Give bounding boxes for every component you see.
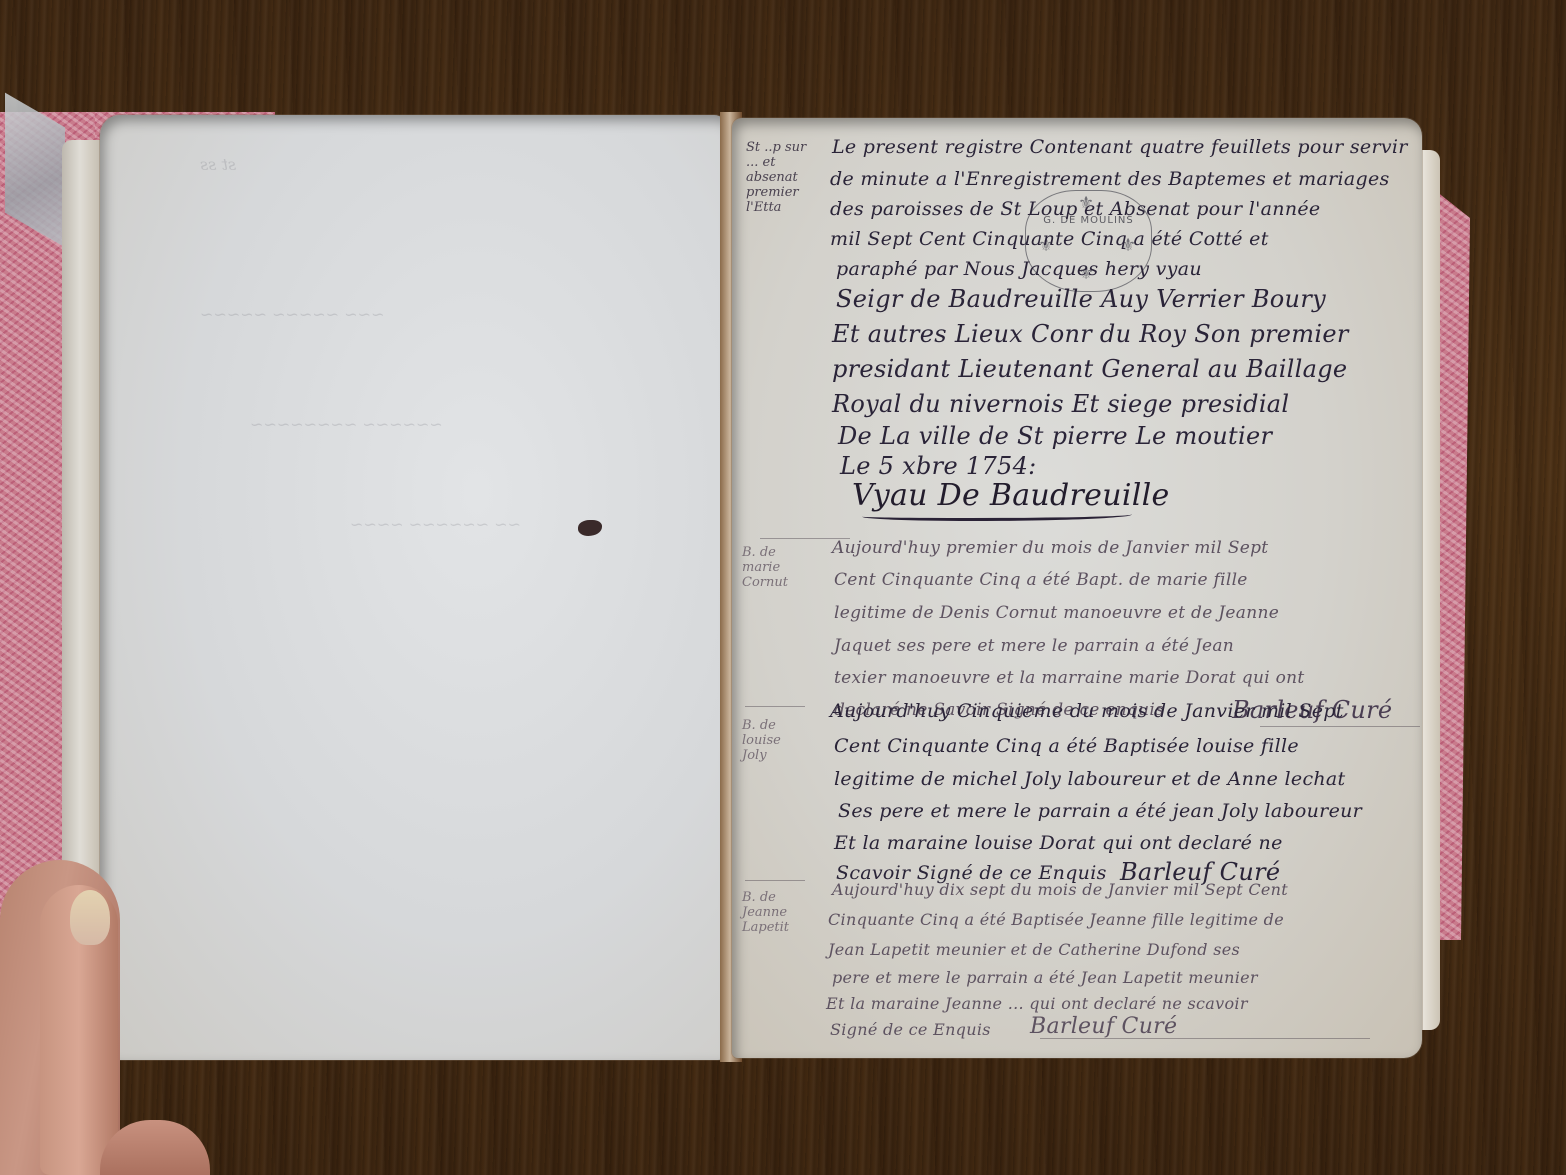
preamble-line: Et autres Lieux Conr du Roy Son premier — [832, 320, 1349, 348]
entry-1-line: legitime de Denis Cornut manoeuvre et de… — [834, 603, 1279, 623]
entry-2-line: Et la maraine louise Dorat qui ont decla… — [834, 832, 1283, 854]
left-page: st ss ~~~ ~~~~~ ~~~~~ ~~~~~~ ~~~~~~~~ ~~… — [100, 115, 728, 1060]
preamble-line: Royal du nivernois Et siege presidial — [832, 390, 1289, 418]
entry-3-line: Aujourd'huy dix sept du mois de Janvier … — [832, 880, 1288, 899]
preamble-line: de minute a l'Enregistrement des Bapteme… — [830, 168, 1390, 190]
entry-rule — [745, 706, 805, 707]
margin-note-title: St ..p sur ... et absenat premier l'Etta — [746, 140, 806, 215]
margin-note-entry-2: B. de louise Joly — [742, 718, 781, 763]
preamble-line: De La ville de St pierre Le moutier — [838, 422, 1272, 450]
signature-vyau: Vyau De Baudreuille — [852, 478, 1170, 513]
entry-3-line: Et la maraine Jeanne ... qui ont declaré… — [826, 994, 1248, 1013]
preamble-line: des paroisses de St Loup et Absenat pour… — [830, 198, 1320, 220]
entry-3-line: Signé de ce Enquis — [830, 1020, 991, 1039]
bleed-through-text: ~~~~~~ ~~~~~~~~ — [250, 415, 443, 434]
entry-1-line: Jaquet ses pere et mere le parrain a été… — [834, 636, 1234, 656]
entry-2-line: legitime de michel Joly laboureur et de … — [834, 768, 1346, 790]
entry-rule — [1040, 1038, 1370, 1039]
entry-2-line: Aujourd'huy Cinquieme du mois de Janvier… — [830, 700, 1344, 722]
entry-2-line: Cent Cinquante Cinq a été Baptisée louis… — [834, 735, 1299, 757]
entry-rule — [745, 880, 805, 881]
preamble-line: presidant Lieutenant General au Baillage — [832, 355, 1347, 383]
bleed-through-text: ~~~ ~~~~~ ~~~~~ — [200, 305, 384, 324]
entry-3-line: pere et mere le parrain a été Jean Lapet… — [832, 968, 1258, 987]
fingernail — [70, 890, 110, 945]
entry-2-line: Ses pere et mere le parrain a été jean J… — [838, 800, 1362, 822]
entry-1-line: Cent Cinquante Cinq a été Bapt. de marie… — [834, 570, 1248, 590]
preamble-line: mil Sept Cent Cinquante Cinq a été Cotté… — [830, 228, 1269, 250]
entry-3-line: Cinquante Cinq a été Baptisée Jeanne fil… — [828, 910, 1284, 929]
entry-3-signature: Barleuf Curé — [1030, 1014, 1177, 1039]
bleed-through-text: st ss — [200, 155, 236, 174]
preamble-line: Seigr de Baudreuille Auy Verrier Boury — [836, 285, 1326, 313]
entry-1-line: Aujourd'huy premier du mois de Janvier m… — [832, 538, 1268, 558]
margin-note-entry-3: B. de Jeanne Lapetit — [742, 890, 789, 935]
bleed-through-text: ~~ ~~~~~~ ~~~~ — [350, 515, 521, 534]
margin-note-entry-1: B. de marie Cornut — [742, 545, 788, 590]
preamble-line: Le present registre Contenant quatre feu… — [832, 136, 1408, 158]
preamble-date: Le 5 xbre 1754: — [840, 452, 1037, 480]
entry-rule — [1260, 726, 1420, 727]
entry-3-line: Jean Lapetit meunier et de Catherine Duf… — [828, 940, 1240, 959]
preamble-line: paraphé par Nous Jacques hery vyau — [836, 258, 1202, 280]
entry-1-line: texier manoeuvre et la marraine marie Do… — [834, 668, 1305, 688]
